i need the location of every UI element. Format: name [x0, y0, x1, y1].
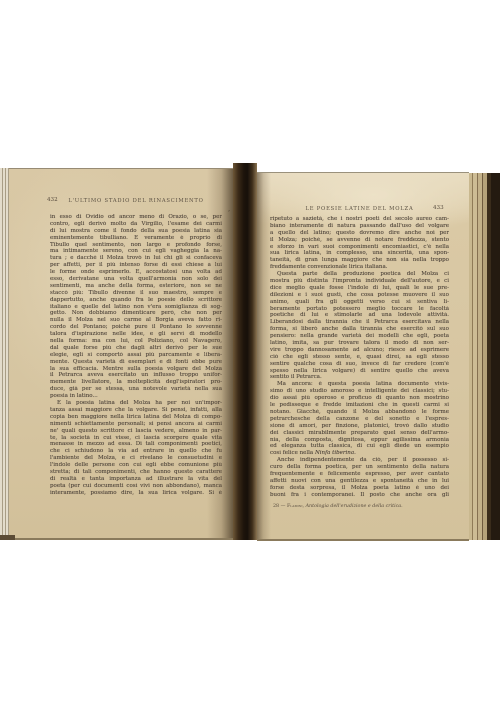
paragraph: Questa parte della produzione poetica de…: [270, 271, 449, 381]
text-line: dice meglio quale fosse l'indole di lui,…: [270, 285, 449, 292]
text-line: pensiero: nella grande varietà dei model…: [270, 333, 449, 340]
paragraph: ripetuto a sazietà, che i nostri poeti d…: [270, 216, 449, 271]
text-line: sentito il Petrarca.: [270, 374, 449, 381]
text-line: mostra più distinta l'impronta individua…: [270, 278, 449, 285]
text-line: poeta (per cui documenti così vivi non a…: [50, 483, 222, 490]
text-line: nimenti schiettamente personali; si pens…: [50, 421, 222, 428]
paragraph: Ma ancora: è questa poesia latina docume…: [270, 381, 449, 457]
text-line: ed eleganza tutta classica, di cui egli …: [270, 443, 449, 450]
running-header-right: LE POESIE LATINE DEL MOLZA: [270, 206, 449, 212]
footnote-title: Antologia dell'erudizione e della critic…: [306, 504, 403, 509]
text-line: italiano e quelle del latino non v'era s…: [50, 304, 222, 311]
text-line: contro, egli derivò molto da Virgilio, l…: [50, 221, 222, 228]
page-gutter-shadow: [233, 163, 257, 540]
book-page-left: 432 L'ULTIMO STADIO DEL RINASCIMENTO ’ i…: [9, 168, 233, 540]
text-line: staccò più: Tibullo divenne il suo maest…: [50, 290, 222, 297]
text-line: Anche indipendentemente da ciò, per il p…: [270, 457, 449, 464]
text-line: Liberandosi dalla tirannia che il Petrar…: [270, 319, 449, 326]
right-page-stack-edges: [469, 173, 500, 540]
text-line: ciò che egli stesso sente, e, quasi dire…: [270, 354, 449, 361]
text-line: forse desta sorpresa, il Molza poeta lat…: [270, 485, 449, 492]
text-line: l'ambiente del Molza, e ci rivelano le c…: [50, 455, 222, 462]
text-line: E la poesia latina del Molza ha per noi …: [50, 400, 222, 407]
text-line: l'indole delle persone con cui egli ebbe…: [50, 462, 222, 469]
running-header-left: L'ULTIMO STADIO DEL RINASCIMENTO: [50, 198, 222, 204]
text-line: mente. Questa varietà di esemplari e di …: [50, 359, 222, 366]
text-line: Questa parte della produzione poetica de…: [270, 271, 449, 278]
text-line: animo, quali fra gli oggetti verso cui s…: [270, 299, 449, 306]
text-line: biano interamente di natura passando dal…: [270, 223, 449, 230]
page-number-right: 433: [433, 205, 444, 211]
text-line: curo della forma poetica, per un sentime…: [270, 464, 449, 471]
paragraph: in esso di Ovidio od ancor meno di Orazi…: [50, 214, 222, 400]
footnote: 28 — Flamini, Antologia dell'erudizione …: [273, 504, 403, 509]
text-line: Ma ancora: è questa poesia latina docume…: [270, 381, 449, 388]
text-line: eminentemente tibulliano. E veramente è …: [50, 235, 222, 242]
left-page-stack-edges: [0, 168, 9, 537]
text-line: talora d'ispirazione nelle idee, e gli s…: [50, 331, 222, 338]
paragraph: E la poesia latina del Molza ha per noi …: [50, 400, 222, 496]
text-line: dal quale forse più che dagli altri deri…: [50, 345, 222, 352]
text-line: il Molza; poiché, se avvenne di notare f…: [270, 237, 449, 244]
text-line: sentire qualche cosa di suo, invece di f…: [270, 361, 449, 368]
text-line: affetti nuovi con una gentilezza e spont…: [270, 478, 449, 485]
text-line: la sua efficacia. Mentre sulla poesia vo…: [50, 366, 222, 373]
footnote-separator: —: [281, 504, 286, 509]
text-line: latino, imita, sa pur trovare talora il …: [270, 340, 449, 347]
text-line: simo di uno studio amoroso e intelligent…: [270, 388, 449, 395]
text-line: di realtà e tanta importanza ad illustra…: [50, 476, 222, 483]
text-line: che ci schiudono la via ad entrare in qu…: [50, 448, 222, 455]
text-line: e sforzo in vari suoi componimenti encom…: [270, 244, 449, 251]
text-line: dappertutto, anche quando fra le poesie …: [50, 297, 222, 304]
text-line: notano. Giacché, quando il Molza abbando…: [270, 409, 449, 416]
text-line: nia, della composta, dignitosa, eppur ag…: [270, 437, 449, 444]
scanned-book-photo: 432 L'ULTIMO STADIO DEL RINASCIMENTO ’ i…: [0, 0, 500, 710]
text-line: sua lirica latina, in complesso, una sin…: [270, 250, 449, 257]
text-line: beramente portato potessero meglio tocca…: [270, 306, 449, 313]
text-line: cordo del Pontano; poiché pure il Pontan…: [50, 324, 222, 331]
text-line: ma intimamente sereno, con cui egli vagh…: [50, 248, 222, 255]
footnote-author: Flamini,: [287, 504, 304, 509]
text-line: Tibullo quel sentimento, non largo e pro…: [50, 242, 222, 249]
text-line: così felice nella Ninfa tiberina.: [270, 450, 449, 457]
text-line: dilezioni e i suoi gusti, che cosa potes…: [270, 292, 449, 299]
text-line: nulla il Molza nel suo carme al Borgia a…: [50, 317, 222, 324]
text-line: il Petrarca aveva esercitato un influsso…: [50, 372, 222, 379]
text-line: a quello del latino; questo dovremo dire…: [270, 230, 449, 237]
open-book: 432 L'ULTIMO STADIO DEL RINASCIMENTO ’ i…: [0, 163, 500, 540]
text-line: in esso di Ovidio od ancor meno di Orazi…: [50, 214, 222, 221]
text-line: esso, derivatane una volta quell'armonia…: [50, 276, 222, 283]
text-line: le forme onde esprimerlo. E, accostatosi…: [50, 269, 222, 276]
text-line: di lui mostra come il fondo della sua po…: [50, 228, 222, 235]
text-line: dei classici mirabilmente preparato quel…: [270, 430, 449, 437]
text-line: nella forma: ma con lui, col Poliziano, …: [50, 338, 222, 345]
text-line: per affetti, per il più intenso forse di…: [50, 262, 222, 269]
text-line: petrarchesche della canzone e del sonett…: [270, 416, 449, 423]
text-line: memente livellatore, la molteplicità deg…: [50, 379, 222, 386]
text-block-right: ripetuto a sazietà, che i nostri poeti d…: [270, 216, 449, 499]
text-block-left: in esso di Ovidio od ancor meno di Orazi…: [50, 214, 222, 497]
text-line: freddamente convenzionale lirica italian…: [270, 264, 449, 271]
paragraph: Anche indipendentemente da ciò, per il p…: [270, 457, 449, 498]
text-line: copia ben maggiore nella lirica latina d…: [50, 414, 222, 421]
text-line: stretta; di tali componimenti, che hanno…: [50, 469, 222, 476]
text-line: te, la società in cui visse, ci lascia s…: [50, 435, 222, 442]
text-line: frequentemente e felicemente espresso, p…: [270, 471, 449, 478]
text-line: forma, si liberò anche dalla tirannia ch…: [270, 326, 449, 333]
text-line: sentimenti, ma anche della forma, esteri…: [50, 283, 222, 290]
text-line: ne' quali questo scrittore ci lascia ved…: [50, 428, 222, 435]
text-line: buoni fra i contemporanei. Il posto che …: [270, 492, 449, 499]
text-line: tanza assai maggiore che la volgare. Si …: [50, 407, 222, 414]
text-line: elegie, egli si comportò assai più parca…: [50, 352, 222, 359]
footnote-number: 28: [273, 504, 279, 509]
text-line: spesso nella lirica volgare) di sentire …: [270, 368, 449, 375]
text-line: sione di amori, per finzione, platonici,…: [270, 423, 449, 430]
text-line: menasse in mezzo ad essa. Di tali compon…: [50, 441, 222, 448]
text-line: duce, già per se stessa, una notevole va…: [50, 386, 222, 393]
text-line: le pedisseque e fredde imitazioni che in…: [270, 402, 449, 409]
text-line: dio assai più operoso e proficuo di quan…: [270, 395, 449, 402]
text-line: vire troppo dannosamente ad alcuno; ries…: [270, 347, 449, 354]
book-page-right: LE POESIE LATINE DEL MOLZA 433 ripetuto …: [257, 172, 469, 541]
text-line: getto. Non dobbiamo dimenticare però, ch…: [50, 310, 222, 317]
bottom-left-corner-shadow: [0, 535, 15, 540]
text-line: poetiche di lui e stimolarle ad una lode…: [270, 312, 449, 319]
text-line: ripetuto a sazietà, che i nostri poeti d…: [270, 216, 449, 223]
text-line: interamente, possiamo dire, la sua liric…: [50, 490, 222, 497]
text-line: poesia in latino...: [50, 393, 222, 400]
text-line: tura ; e dacché il Molza trovò in lui ch…: [50, 255, 222, 262]
ink-mark-artifact: ’: [228, 210, 230, 217]
text-line: taneità, di gran lunga maggiore che non …: [270, 257, 449, 264]
